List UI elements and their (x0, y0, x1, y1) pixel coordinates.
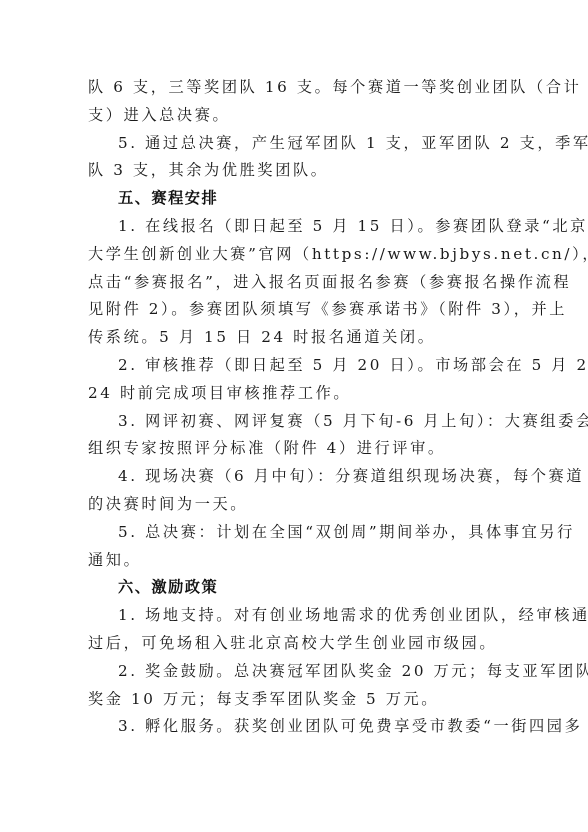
paragraph-line: 奖金 10 万元；每支季军团队奖金 5 万元。 (88, 686, 502, 714)
section-heading-incentives: 六、激励政策 (88, 574, 502, 602)
paragraph-line: 点击“参赛报名”，进入报名页面报名参赛（参赛报名操作流程 (88, 269, 502, 297)
paragraph-line: 队 6 支，三等奖团队 16 支。每个赛道一等奖创业团队（合计 12 (88, 74, 502, 102)
paragraph-line: 3. 孵化服务。获奖创业团队可免费享受市教委“一街四园多 (88, 713, 502, 741)
paragraph-line: 2. 审核推荐（即日起至 5 月 20 日）。市场部会在 5 月 20 日 (88, 352, 502, 380)
document-body: 队 6 支，三等奖团队 16 支。每个赛道一等奖创业团队（合计 12 支）进入总… (88, 74, 502, 741)
paragraph-line: 4. 现场决赛（6 月中旬）：分赛道组织现场决赛，每个赛道 (88, 463, 502, 491)
paragraph-line: 24 时前完成项目审核推荐工作。 (88, 380, 502, 408)
paragraph-line: 1. 在线报名（即日起至 5 月 15 日）。参赛团队登录“北京 (88, 213, 502, 241)
paragraph-line: 5. 通过总决赛，产生冠军团队 1 支，亚军团队 2 支，季军团 (88, 130, 502, 158)
paragraph-line: 3. 网评初赛、网评复赛（5 月下旬-6 月上旬）：大赛组委会 (88, 408, 502, 436)
paragraph-line: 2. 奖金鼓励。总决赛冠军团队奖金 20 万元；每支亚军团队 (88, 658, 502, 686)
paragraph-line: 过后，可免场租入驻北京高校大学生创业园市级园。 (88, 630, 502, 658)
paragraph-line: 通知。 (88, 547, 502, 575)
section-heading-schedule: 五、赛程安排 (88, 185, 502, 213)
paragraph-line: 大学生创新创业大赛”官网（https://www.bjbys.net.cn/）， (88, 241, 502, 269)
paragraph-line: 支）进入总决赛。 (88, 102, 502, 130)
paragraph-line: 传系统。5 月 15 日 24 时报名通道关闭。 (88, 324, 502, 352)
paragraph-line: 的决赛时间为一天。 (88, 491, 502, 519)
document-page: 队 6 支，三等奖团队 16 支。每个赛道一等奖创业团队（合计 12 支）进入总… (0, 0, 588, 832)
paragraph-line: 见附件 2）。参赛团队须填写《参赛承诺书》（附件 3），并上 (88, 296, 502, 324)
paragraph-line: 1. 场地支持。对有创业场地需求的优秀创业团队，经审核通 (88, 602, 502, 630)
paragraph-line: 队 3 支，其余为优胜奖团队。 (88, 157, 502, 185)
paragraph-line: 5. 总决赛：计划在全国“双创周”期间举办，具体事宜另行 (88, 519, 502, 547)
paragraph-line: 组织专家按照评分标准（附件 4）进行评审。 (88, 435, 502, 463)
